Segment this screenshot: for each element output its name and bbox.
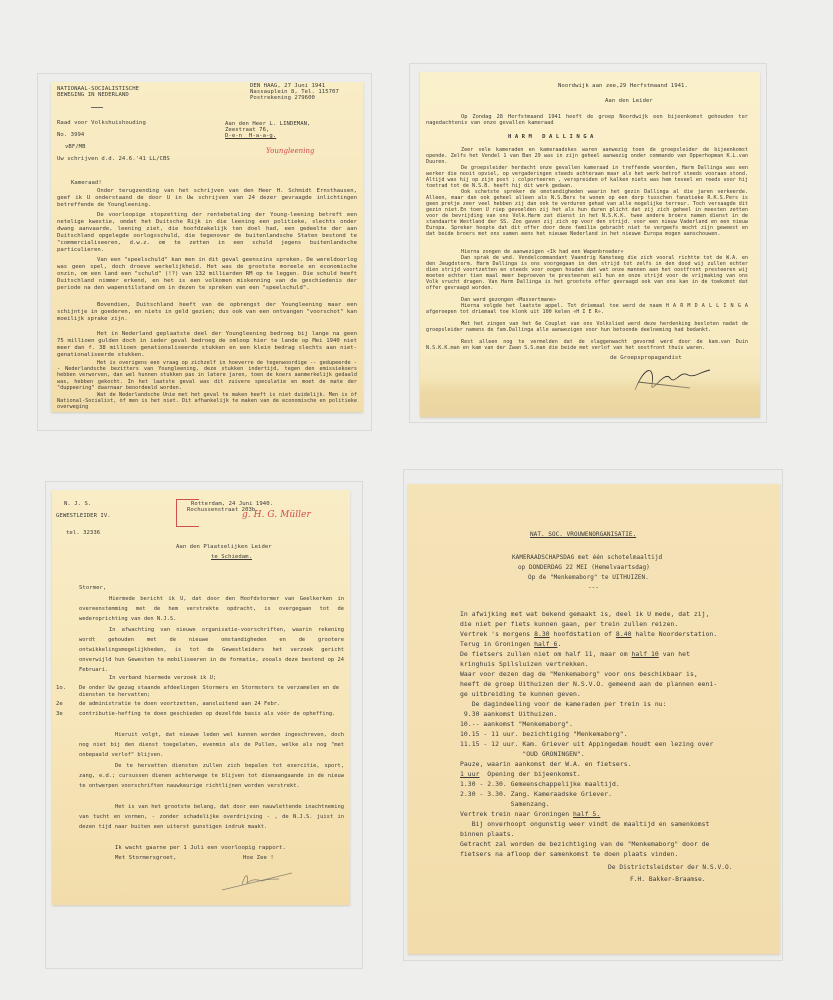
departure-line: Vertrek 's morgens 8.30 hoofdstation of … xyxy=(460,629,717,639)
paragraph: Ik wacht gaarne per 1 Juli een voorloopi… xyxy=(115,845,286,852)
body-line: heeft de groep Uithuizen der N.S.V.O. ge… xyxy=(460,679,717,689)
body-line: Bij onverhoopt ongunstig weer vindt de m… xyxy=(460,819,709,829)
list-number: 3e xyxy=(56,711,63,718)
list-item: contributie-heffing te doen geschieden o… xyxy=(79,711,339,718)
schedule-item: 9.30 aankomst Uithuizen. xyxy=(460,709,557,719)
schedule-item: "OUD GRONINGEN". xyxy=(460,749,585,759)
list-item: de administratie te doen voortzetten, aa… xyxy=(79,701,339,708)
paragraph: Bovendien, Duitschland heeft van de opbr… xyxy=(57,302,357,323)
signature-name: F.H. Bakker-Braamse. xyxy=(630,876,706,883)
paragraph: Ook schetste spreker de omstandigheden w… xyxy=(426,189,748,237)
divider: --- xyxy=(588,584,599,591)
schedule-item: Samenzang. xyxy=(460,799,550,809)
handwritten-stamp: Youngleening xyxy=(266,148,315,155)
paragraph: Het is van het grootste belang, dat door… xyxy=(79,802,344,832)
paragraph: De voorloopige stopzetting der rentebeta… xyxy=(57,212,357,254)
body-line: kringhuis Spilsluizen vertrekken. xyxy=(460,659,589,669)
list-item: De onder Uw gezag staande afdeelingen St… xyxy=(79,685,339,699)
cyclists-line: De fietsers zullen niet om half 11, maar… xyxy=(460,649,690,659)
schedule-item: 11.15 - 12 uur. Kam. Griever uit Appinge… xyxy=(460,739,713,749)
schedule-item: 10.15 - 11 uur. bezichtiging "Menkemabor… xyxy=(460,729,628,739)
paragraph: Hierna volgde het laatste appel. Tot dri… xyxy=(426,303,748,315)
organisation-title: NAT. SOC. VROUWENORGANISATIE. xyxy=(530,531,636,538)
your-letter-reference: Uw schrijven d.d. 24.6.'41 LL/CBS xyxy=(57,156,170,163)
paragraph: Met het zingen van het 6e Couplet van on… xyxy=(426,321,748,333)
paragraph: De groepsleider herdacht onze gevallen k… xyxy=(426,165,748,189)
salutation: Kameraad! xyxy=(71,180,102,187)
paragraph: De te hervatten diensten zullen zich bep… xyxy=(79,761,344,791)
body-line: die niet per fiets kunnen gaan, per trei… xyxy=(460,619,678,629)
event-line: KAMERAADSCHAPSDAG met één schotelmaaltij… xyxy=(512,554,662,561)
letterhead-line: BEWEGING IN NEDERLAND xyxy=(57,92,129,99)
department: Raad voor Volkshuishouding xyxy=(57,120,146,127)
document-nsvo-circular: NAT. SOC. VROUWENORGANISATIE. KAMERAADSC… xyxy=(408,484,780,954)
name-heading: H A R M D A L L I N G A xyxy=(508,134,593,141)
closing-salute: Hoe Zee ! xyxy=(243,855,274,862)
addressee-line: te Schiedam. xyxy=(211,554,252,561)
document-nsb-letter: NATIONAAL-SOCIALISTISCHE BEWEGING IN NED… xyxy=(51,82,363,412)
paragraph: Rest alleen nog te vermelden dat de vlag… xyxy=(426,339,748,351)
body-line: fietsers na afloop der samenkomst te doe… xyxy=(460,849,678,859)
body-line: Waar voor dezen dag de "Menkemaborg" voo… xyxy=(460,669,698,679)
event-line: Op de "Menkemaborg" te UITHUIZEN. xyxy=(528,574,649,581)
schedule-item: 2.30 - 3.30. Zang. Kameraadske Griever. xyxy=(460,789,612,799)
letterhead-line: N. J. S. xyxy=(64,501,91,508)
dateline: Noordwijk aan zee,29 Herfstmaand 1941. xyxy=(558,83,688,90)
paragraph: Het in Nederland geplaatste deel der You… xyxy=(57,331,357,359)
document-njs-letter: N. J. S. GEWESTLEIDER IV. tel. 32336 Rot… xyxy=(52,490,350,905)
body-line: ge uitbreiding te kunnen geven. xyxy=(460,689,581,699)
letterhead-line: GEWESTLEIDER IV. xyxy=(56,513,111,520)
addressee: Aan den Leider xyxy=(605,98,653,105)
schedule-item: 10.-- aankomst "Menkemaborg". xyxy=(460,719,573,729)
reference-initials: vBF/MB xyxy=(65,144,86,151)
paragraph: Van een "speelschuld" kan men in dit gev… xyxy=(57,257,357,292)
paragraph: Onder terugzending van het schrijven van… xyxy=(57,188,357,209)
body-line: Getracht zal worden de bezichtiging van … xyxy=(460,839,709,849)
addressee-line: D-e-n H-a-a-g. xyxy=(225,133,276,140)
list-number: 1o. xyxy=(56,685,66,692)
schedule-item: 1.30 - 2.30. Gemeenschappelijke maaltijd… xyxy=(460,779,620,789)
handwritten-annotation: g. H. G. Müller xyxy=(242,512,311,519)
return-line: Terug in Groningen half 6. xyxy=(460,639,561,649)
intro-paragraph: Op Zondag 28 Herfstmaand 1941 heeft de g… xyxy=(426,114,748,126)
opening-line: 1 uur Opening der bijeenkomst. xyxy=(460,769,581,779)
paragraph: Zeer vele kameraden en kameraadskes ware… xyxy=(426,147,748,165)
document-noordwijk-letter: Noordwijk aan zee,29 Herfstmaand 1941. A… xyxy=(420,72,760,417)
signature-icon xyxy=(217,865,307,895)
stain xyxy=(420,377,760,417)
signature-title: De Districtsleidster der N.S.V.O. xyxy=(608,864,733,871)
addressee-line: Aan den Plaatselijken Leider xyxy=(176,544,272,551)
address-line: Postrekening 279600 xyxy=(250,95,315,102)
train-back-line: Vertrek trein naar Groningen half 5. xyxy=(460,809,600,819)
salutation: Stormer, xyxy=(79,585,106,592)
paragraph: Wat de Nederlandsche Unie met het geval … xyxy=(57,392,357,410)
body-line: binnen plaats. xyxy=(460,829,515,839)
paragraph: Het is overigens een vraag op zichzelf i… xyxy=(57,360,357,391)
event-line: op DONDERDAG 22 MEI (Hemelvaartsdag) xyxy=(518,564,650,571)
body-line: In afwijking met wat bekend gemaakt is, … xyxy=(460,609,709,619)
paragraph: Hieruit volgt, dat nieuwe leden wel kunn… xyxy=(79,730,344,760)
telephone: tel. 32336 xyxy=(66,530,100,537)
paragraph: Dan sprak de wnd. Vendelcommandant Vaand… xyxy=(426,255,748,291)
paragraph: In afwachting van nieuwe organisatie-voo… xyxy=(79,625,344,675)
schedule-item: Pauze, waarin aankomst der W.A. en fiets… xyxy=(460,759,632,769)
paragraph: In verband hiermede verzoek ik U; xyxy=(79,675,344,682)
paragraph: Hiermede bericht ik U, dat door den Hoof… xyxy=(79,594,344,624)
list-number: 2e xyxy=(56,701,63,708)
closing: Met Stormersgroet, xyxy=(115,855,177,862)
body-line: De dagindeeling voor de kameraden per tr… xyxy=(460,699,667,709)
reference-number: No. 3994 xyxy=(57,132,84,139)
